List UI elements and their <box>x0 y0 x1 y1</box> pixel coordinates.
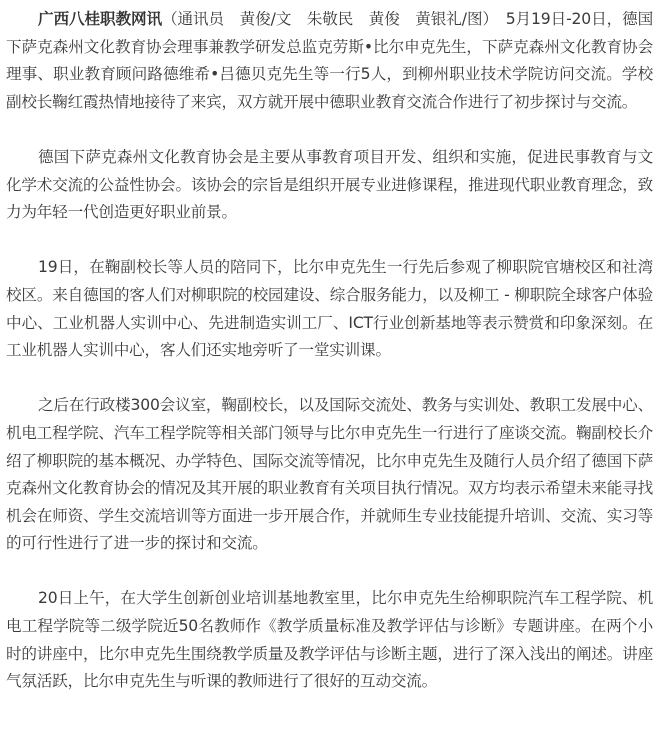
news-source: 广西八桂职教网讯 <box>38 10 162 28</box>
article-paragraph-campus-visit: 19日，在鞠副校长等人员的陪同下，比尔申克先生一行先后参观了柳职院官塘校区和社湾… <box>6 254 653 364</box>
article-paragraph-meeting: 之后在行政楼300会议室，鞠副校长，以及国际交流处、教务与实训处、教职工发展中心… <box>6 392 653 558</box>
article-paragraph-association: 德国下萨克森州文化教育协会是主要从事教育项目开发、组织和实施，促进民事教育与文化… <box>6 144 653 227</box>
article-paragraph-lecture: 20日上午，在大学生创新创业培训基地教室里，比尔申克先生给柳职院汽车工程学院、机… <box>6 585 653 695</box>
byline-credit: （通讯员 黄俊/文 朱敬民 黄俊 黄银礼/图） <box>162 10 506 28</box>
article-paragraph-intro: 广西八桂职教网讯（通讯员 黄俊/文 朱敬民 黄俊 黄银礼/图） 5月19日-20… <box>6 6 653 116</box>
news-article: 广西八桂职教网讯（通讯员 黄俊/文 朱敬民 黄俊 黄银礼/图） 5月19日-20… <box>0 0 659 696</box>
